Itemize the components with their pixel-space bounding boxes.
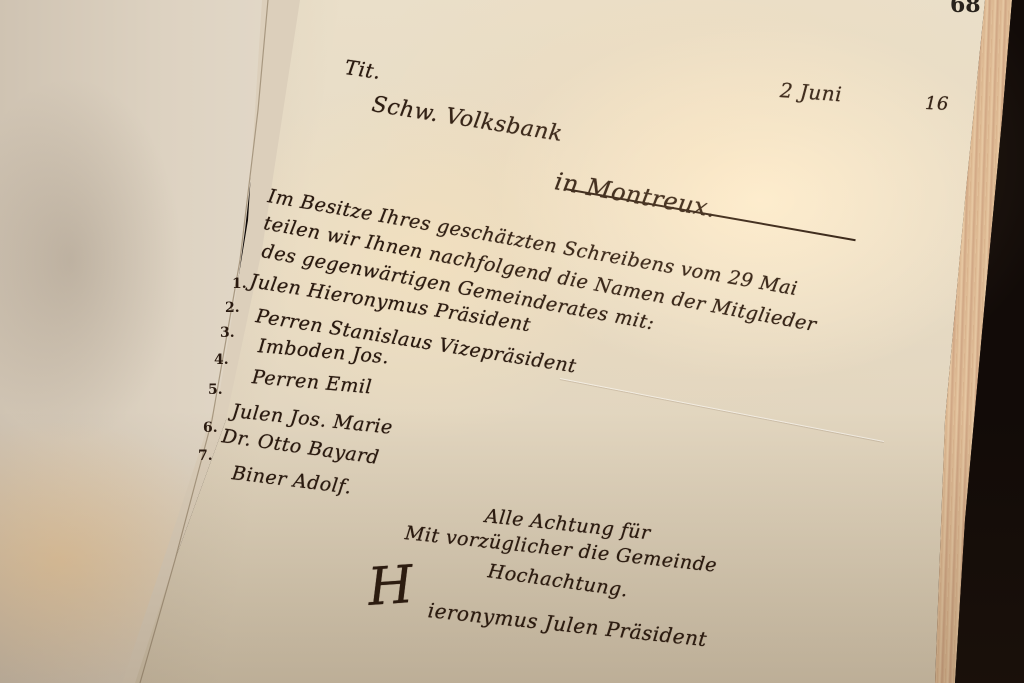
member-number: 2.	[225, 300, 240, 316]
member-number: 4.	[214, 352, 229, 368]
letter-year: 16	[925, 93, 950, 115]
letter-book-photo: 68 Tit. Schw. Volksbank 2 Juni 16 in Mon…	[0, 0, 1024, 683]
salutation-abbrev: Tit.	[343, 55, 382, 84]
signature-initial: H	[366, 555, 416, 618]
member-number: 7.	[198, 448, 213, 464]
page-number: 68	[950, 0, 981, 18]
member-number: 1.	[232, 276, 247, 292]
member-number: 6.	[203, 420, 218, 436]
member-number: 3.	[220, 325, 235, 341]
member-number: 5.	[208, 382, 223, 398]
letter-date: 2 Juni	[779, 78, 843, 106]
